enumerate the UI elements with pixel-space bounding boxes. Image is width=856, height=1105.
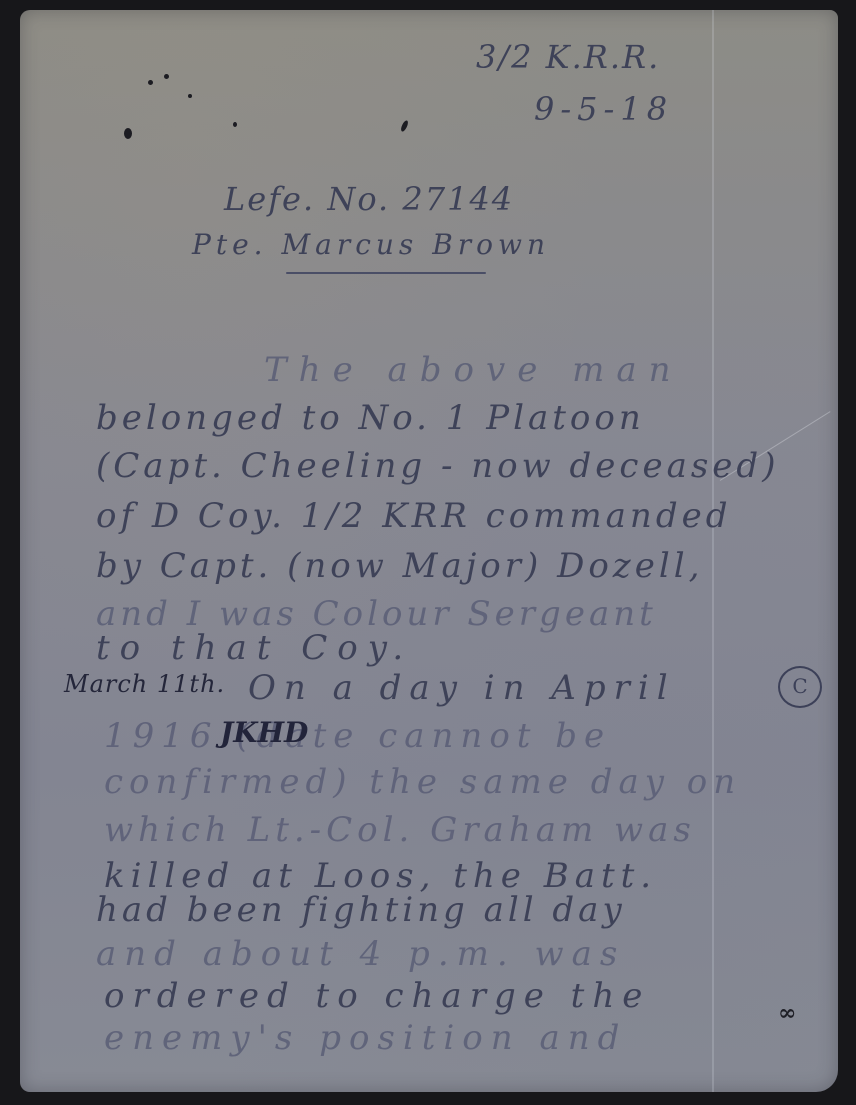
body-line-11: which Lt.-Col. Graham was [104, 810, 696, 850]
body-line-7: to that Coy. [96, 628, 413, 668]
body-line-8: On a day in April [248, 668, 676, 708]
name-underline [286, 272, 486, 274]
body-line-3: (Capt. Cheeling - now deceased) [96, 446, 779, 486]
ink-speck [188, 94, 192, 98]
ink-speck [400, 120, 410, 133]
body-line-9: 1916 (date cannot be [104, 716, 611, 756]
body-line-2: belonged to No. 1 Platoon [96, 398, 645, 438]
body-line-4: of D Coy. 1/2 KRR commanded [96, 496, 731, 536]
page-continuation-mark: ∞ [778, 1000, 796, 1026]
unit-designation: 3/2 K.R.R. [476, 38, 660, 76]
document-date: 9-5-18 [534, 90, 673, 128]
body-line-16: enemy's position and [104, 1018, 627, 1058]
ink-speck [124, 128, 132, 139]
margin-date-note: March 11th. [64, 670, 225, 698]
scan-background: 3/2 K.R.R. 9-5-18 Lefe. No. 27144 Pte. M… [0, 0, 856, 1105]
body-line-14: and about 4 p.m. was [96, 934, 625, 974]
ink-speck [148, 80, 153, 85]
body-line-10: confirmed) the same day on [104, 762, 741, 802]
body-line-1: The above man [264, 350, 683, 390]
document-page: 3/2 K.R.R. 9-5-18 Lefe. No. 27144 Pte. M… [20, 10, 838, 1092]
body-line-5: by Capt. (now Major) Dozell, [96, 546, 703, 586]
reference-number: Lefe. No. 27144 [224, 180, 514, 218]
body-line-13: had been fighting all day [96, 890, 626, 930]
body-line-15: ordered to charge the [104, 976, 650, 1016]
fold-line [712, 10, 714, 1092]
ink-speck [233, 122, 237, 127]
soldier-name: Pte. Marcus Brown [192, 228, 550, 261]
ink-speck [164, 74, 169, 79]
circled-mark: C [778, 666, 822, 708]
initials-signature: JKHD [220, 716, 308, 749]
